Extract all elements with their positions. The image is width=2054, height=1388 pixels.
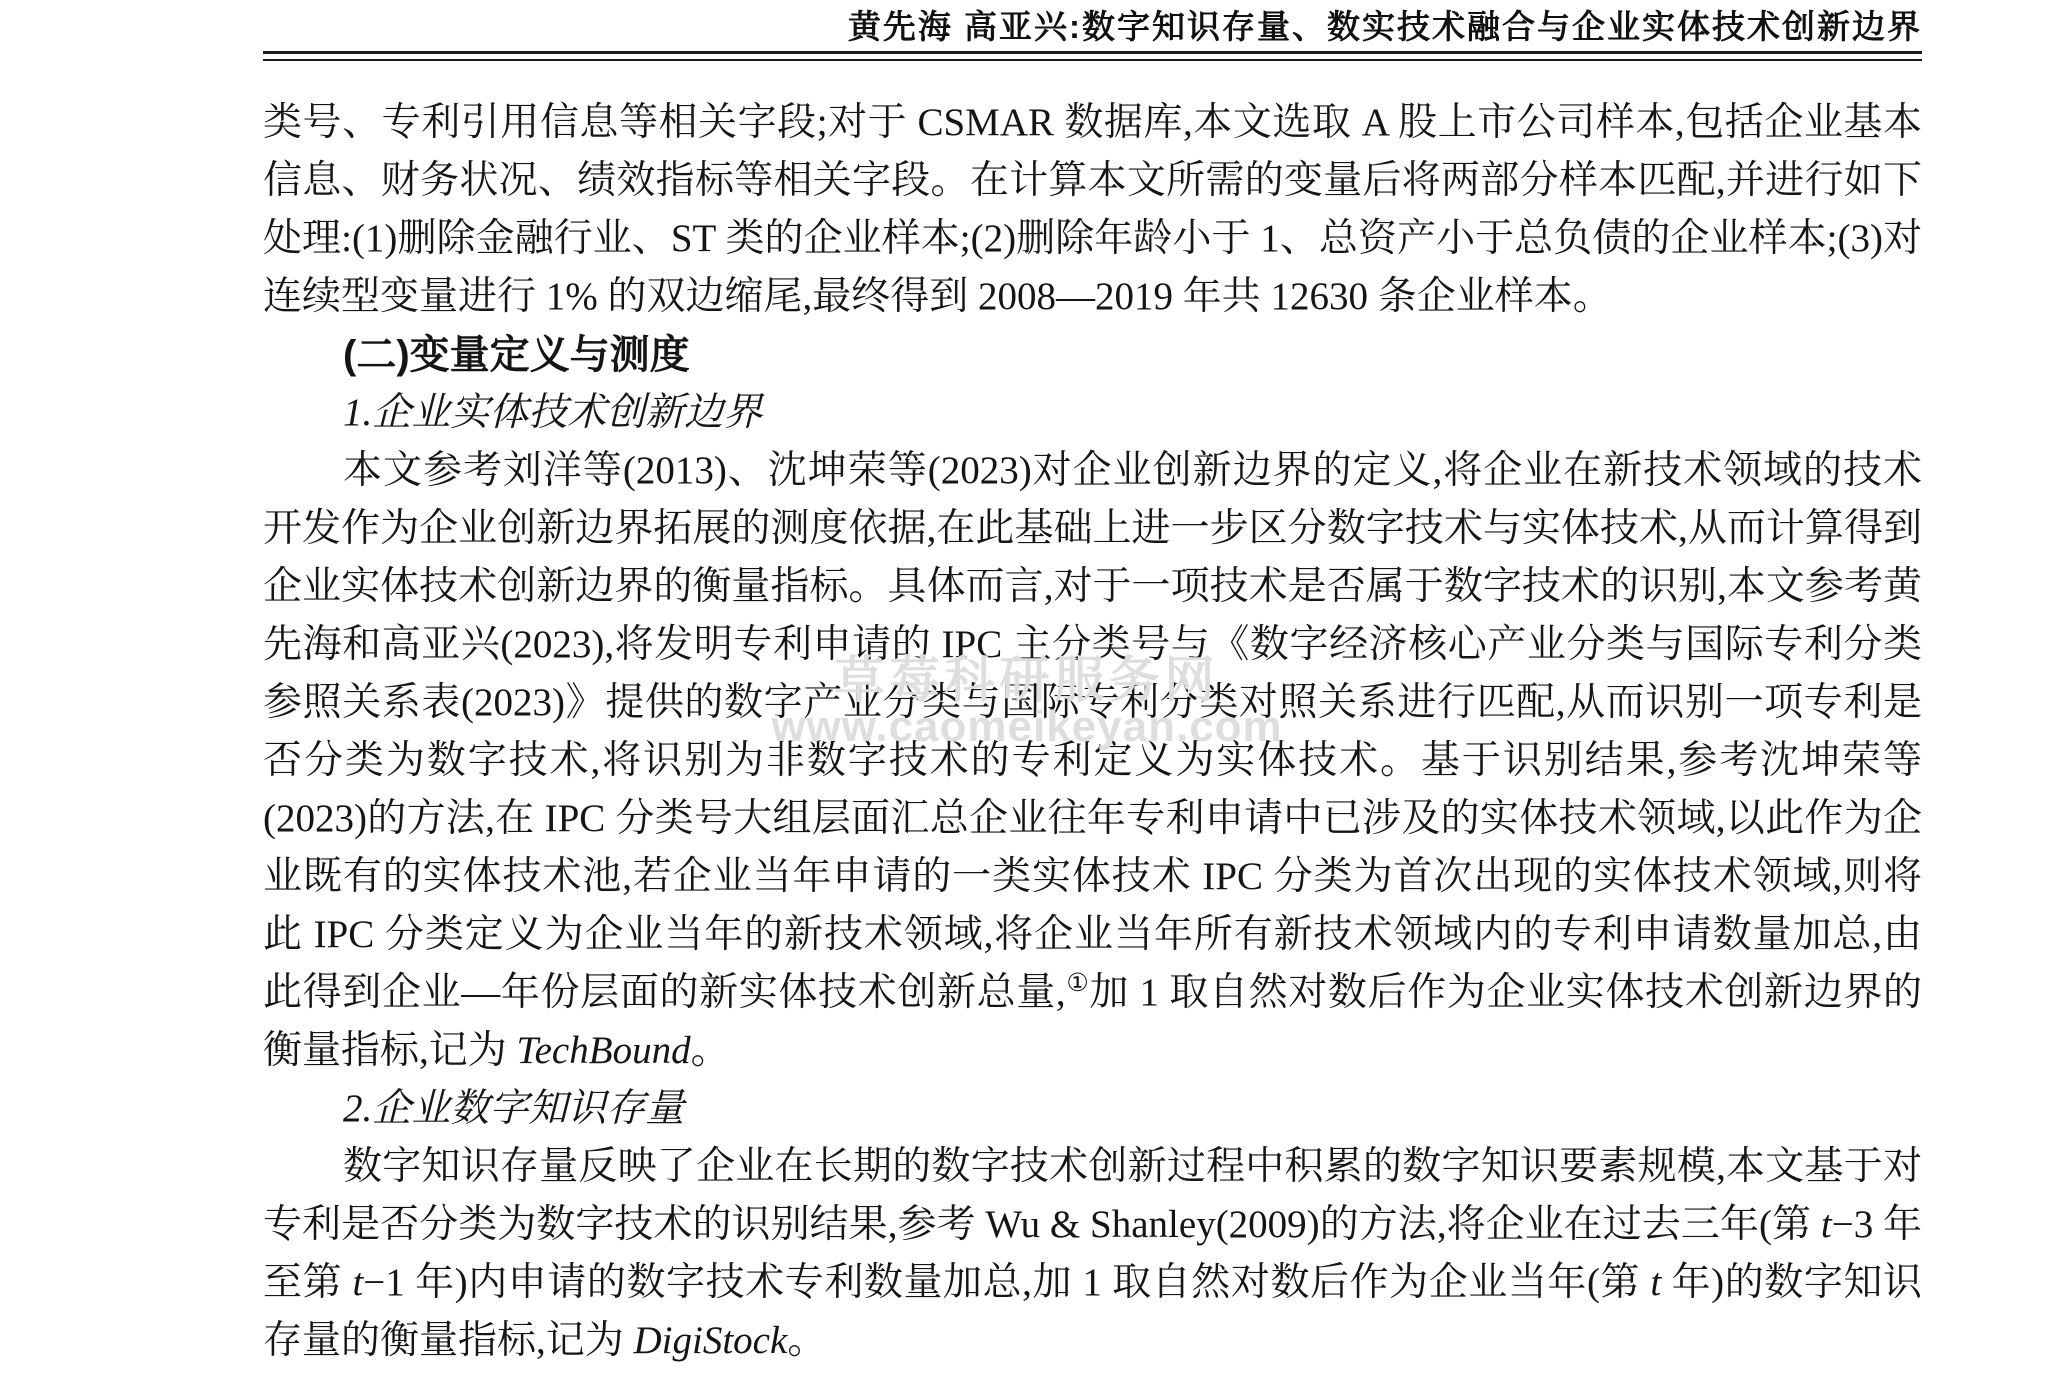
section-heading: (二)变量定义与测度 bbox=[263, 326, 1922, 384]
variable-name: t bbox=[352, 1261, 363, 1304]
footnote-marker: ① bbox=[1066, 970, 1090, 997]
text-segment: 数字知识存量反映了企业在长期的数字技术创新过程中积累的数字知识要素规模,本文基于… bbox=[263, 1145, 1922, 1246]
article-body: 类号、专利引用信息等相关字段;对于 CSMAR 数据库,本文选取 A 股上市公司… bbox=[263, 94, 1922, 1370]
variable-name: DigiStock bbox=[634, 1319, 788, 1362]
paragraph: 数字知识存量反映了企业在长期的数字技术创新过程中积累的数字知识要素规模,本文基于… bbox=[263, 1138, 1922, 1370]
text-segment: 。 bbox=[787, 1319, 826, 1362]
document-page: 黄先海 高亚兴:数字知识存量、数实技术融合与企业实体技术创新边界 类号、专利引用… bbox=[0, 0, 2054, 1388]
text-segment: 1.企业实体技术创新边界 bbox=[343, 391, 762, 434]
section-heading: 2.企业数字知识存量 bbox=[263, 1080, 1922, 1138]
variable-name: t bbox=[1821, 1203, 1832, 1246]
text-segment: 类号、专利引用信息等相关字段;对于 CSMAR 数据库,本文选取 A 股上市公司… bbox=[263, 101, 1922, 318]
running-head-title: 黄先海 高亚兴:数字知识存量、数实技术融合与企业实体技术创新边界 bbox=[263, 1, 1922, 48]
text-segment: 本文参考刘洋等(2013)、沈坤荣等(2023)对企业创新边界的定义,将企业在新… bbox=[263, 449, 1922, 1014]
section-heading: 1.企业实体技术创新边界 bbox=[263, 384, 1922, 442]
header-double-rule bbox=[263, 51, 1922, 61]
text-segment: −1 年)内申请的数字技术专利数量加总,加 1 取自然对数后作为企业当年(第 bbox=[363, 1261, 1650, 1304]
text-segment: 2.企业数字知识存量 bbox=[343, 1087, 684, 1130]
text-segment: 。 bbox=[691, 1029, 730, 1072]
paragraph: 类号、专利引用信息等相关字段;对于 CSMAR 数据库,本文选取 A 股上市公司… bbox=[263, 94, 1922, 326]
paragraph: 本文参考刘洋等(2013)、沈坤荣等(2023)对企业创新边界的定义,将企业在新… bbox=[263, 442, 1922, 1080]
variable-name: t bbox=[1650, 1261, 1661, 1304]
text-segment: (二)变量定义与测度 bbox=[343, 333, 690, 377]
variable-name: TechBound bbox=[517, 1029, 691, 1072]
